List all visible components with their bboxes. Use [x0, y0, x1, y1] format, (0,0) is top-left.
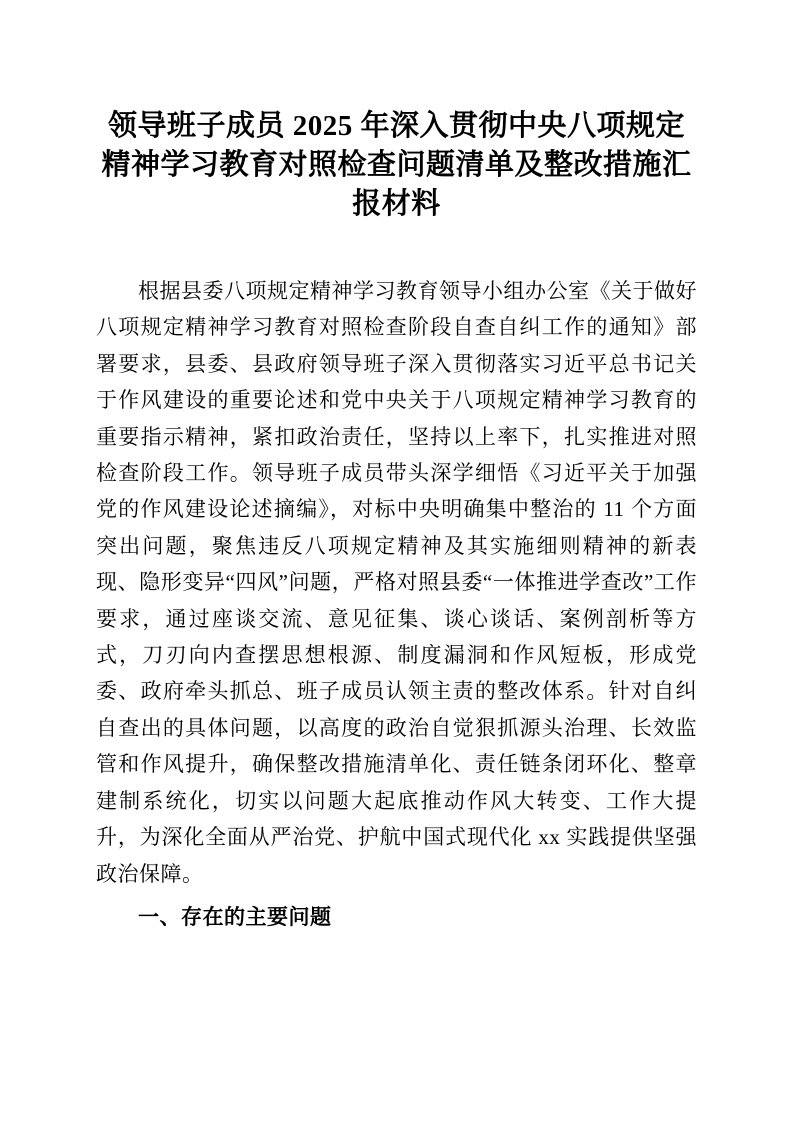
- document-title-line: 报材料: [96, 185, 697, 224]
- document-title-line: 领导班子成员 2025 年深入贯彻中央八项规定: [96, 107, 697, 146]
- section-heading: 一、存在的主要问题: [96, 900, 697, 936]
- document-page: 领导班子成员 2025 年深入贯彻中央八项规定 精神学习教育对照检查问题清单及整…: [0, 0, 793, 1122]
- document-title: 领导班子成员 2025 年深入贯彻中央八项规定 精神学习教育对照检查问题清单及整…: [96, 0, 697, 224]
- body-paragraph: 根据县委八项规定精神学习教育领导小组办公室《关于做好八项规定精神学习教育对照检查…: [96, 273, 697, 892]
- document-title-line: 精神学习教育对照检查问题清单及整改措施汇: [96, 146, 697, 185]
- document-content-area: 领导班子成员 2025 年深入贯彻中央八项规定 精神学习教育对照检查问题清单及整…: [96, 0, 697, 936]
